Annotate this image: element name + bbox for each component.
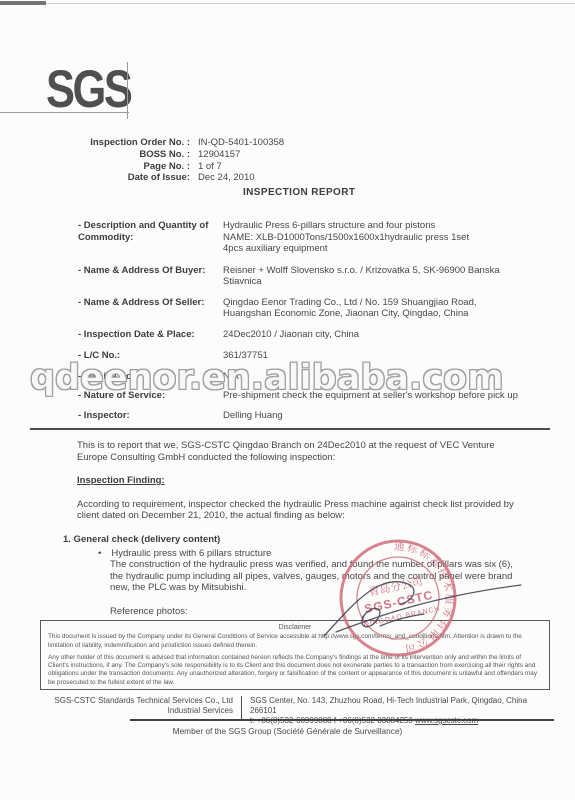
- field-value: 1 of 7: [198, 161, 222, 172]
- footer-company-name: SGS-CSTC Standards Technical Services Co…: [28, 696, 233, 706]
- crop-mark-vertical: [127, 62, 128, 119]
- header-row-page-no: Page No. :1 of 7: [58, 161, 538, 173]
- sgs-logo: SGS: [46, 68, 130, 112]
- section-divider-line: [30, 428, 550, 430]
- field-value: 24Dec2010 / Jiaonan city, China: [223, 329, 530, 341]
- company-stamp-and-signature: 通标标准技术服务有限公司 青岛分公司 SGS-CSTC QINGDAO BRAN…: [316, 534, 526, 670]
- field-value: Delling Huang: [223, 410, 530, 422]
- field-label: Inspection Order No. :: [58, 137, 190, 149]
- field-label: - Name & Address Of Seller:: [78, 297, 223, 320]
- field-value: 12904157: [198, 149, 240, 160]
- scan-corner-mark: [0, 1, 46, 5]
- footer-company-division: Industrial Services: [28, 706, 233, 716]
- footer-contact: SGS Center, No. 143, Zhuzhou Road, Hi-Te…: [242, 696, 555, 726]
- header-row-inspection-order: Inspection Order No. :IN-QD-5401-100358: [58, 137, 538, 149]
- field-row-buyer: - Name & Address Of Buyer: Reisner + Wol…: [78, 265, 530, 288]
- footer-phone-line: t: +86(0)532-68999888 f +86(0)532 838842…: [250, 716, 555, 726]
- finding-paragraph: According to requirement, inspector chec…: [77, 499, 525, 522]
- field-row-inspection-date: - Inspection Date & Place: 24Dec2010 / J…: [78, 329, 530, 341]
- footer-rule-line: [130, 719, 554, 721]
- page-footer: SGS-CSTC Standards Technical Services Co…: [28, 696, 555, 726]
- field-value: Qingdao Eenor Trading Co., Ltd / No. 159…: [223, 297, 530, 320]
- field-row-commodity: - Description and Quantity of Commodity:…: [78, 220, 530, 255]
- intro-paragraph: This is to report that we, SGS-CSTC Qing…: [77, 440, 525, 463]
- footer-address: SGS Center, No. 143, Zhuzhou Road, Hi-Te…: [250, 696, 555, 716]
- field-label: - Inspection Date & Place:: [78, 329, 223, 341]
- scan-edge-line: [0, 3, 575, 4]
- inspection-finding-heading: Inspection Finding:: [77, 475, 525, 487]
- alibaba-watermark: qdeenor.en.alibaba.com: [30, 358, 575, 398]
- scanned-inspection-report-page: SGS Inspection Order No. :IN-QD-5401-100…: [0, 0, 575, 800]
- sgs-group-member-line: Member of the SGS Group (Société Général…: [0, 726, 575, 736]
- field-value: Reisner + Wolff Slovensko s.r.o. / Krizo…: [223, 265, 530, 288]
- field-label: Date of Issue:: [58, 172, 190, 184]
- field-label: - Name & Address Of Buyer:: [78, 265, 223, 288]
- field-label: BOSS No. :: [58, 149, 190, 161]
- field-label: - Inspector:: [78, 410, 223, 422]
- crop-mark-horizontal: [0, 112, 129, 113]
- page-title: INSPECTION REPORT: [243, 187, 538, 199]
- field-label: - Description and Quantity of Commodity:: [78, 220, 223, 255]
- field-value: IN-QD-5401-100358: [198, 137, 284, 148]
- stamp-graphic: 通标标准技术服务有限公司 青岛分公司 SGS-CSTC QINGDAO BRAN…: [316, 534, 526, 670]
- field-value: Hydraulic Press 6-pillars structure and …: [223, 220, 530, 255]
- field-value: Dec 24, 2010: [198, 172, 255, 183]
- report-header: Inspection Order No. :IN-QD-5401-100358 …: [58, 137, 538, 199]
- header-row-boss-no: BOSS No. :12904157: [58, 149, 538, 161]
- header-row-date-of-issue: Date of Issue:Dec 24, 2010: [58, 172, 538, 184]
- footer-company: SGS-CSTC Standards Technical Services Co…: [28, 696, 241, 726]
- report-fields: - Description and Quantity of Commodity:…: [78, 220, 530, 430]
- field-row-inspector: - Inspector: Delling Huang: [78, 410, 530, 422]
- field-row-seller: - Name & Address Of Seller: Qingdao Eeno…: [78, 297, 530, 320]
- field-label: Page No. :: [58, 161, 190, 173]
